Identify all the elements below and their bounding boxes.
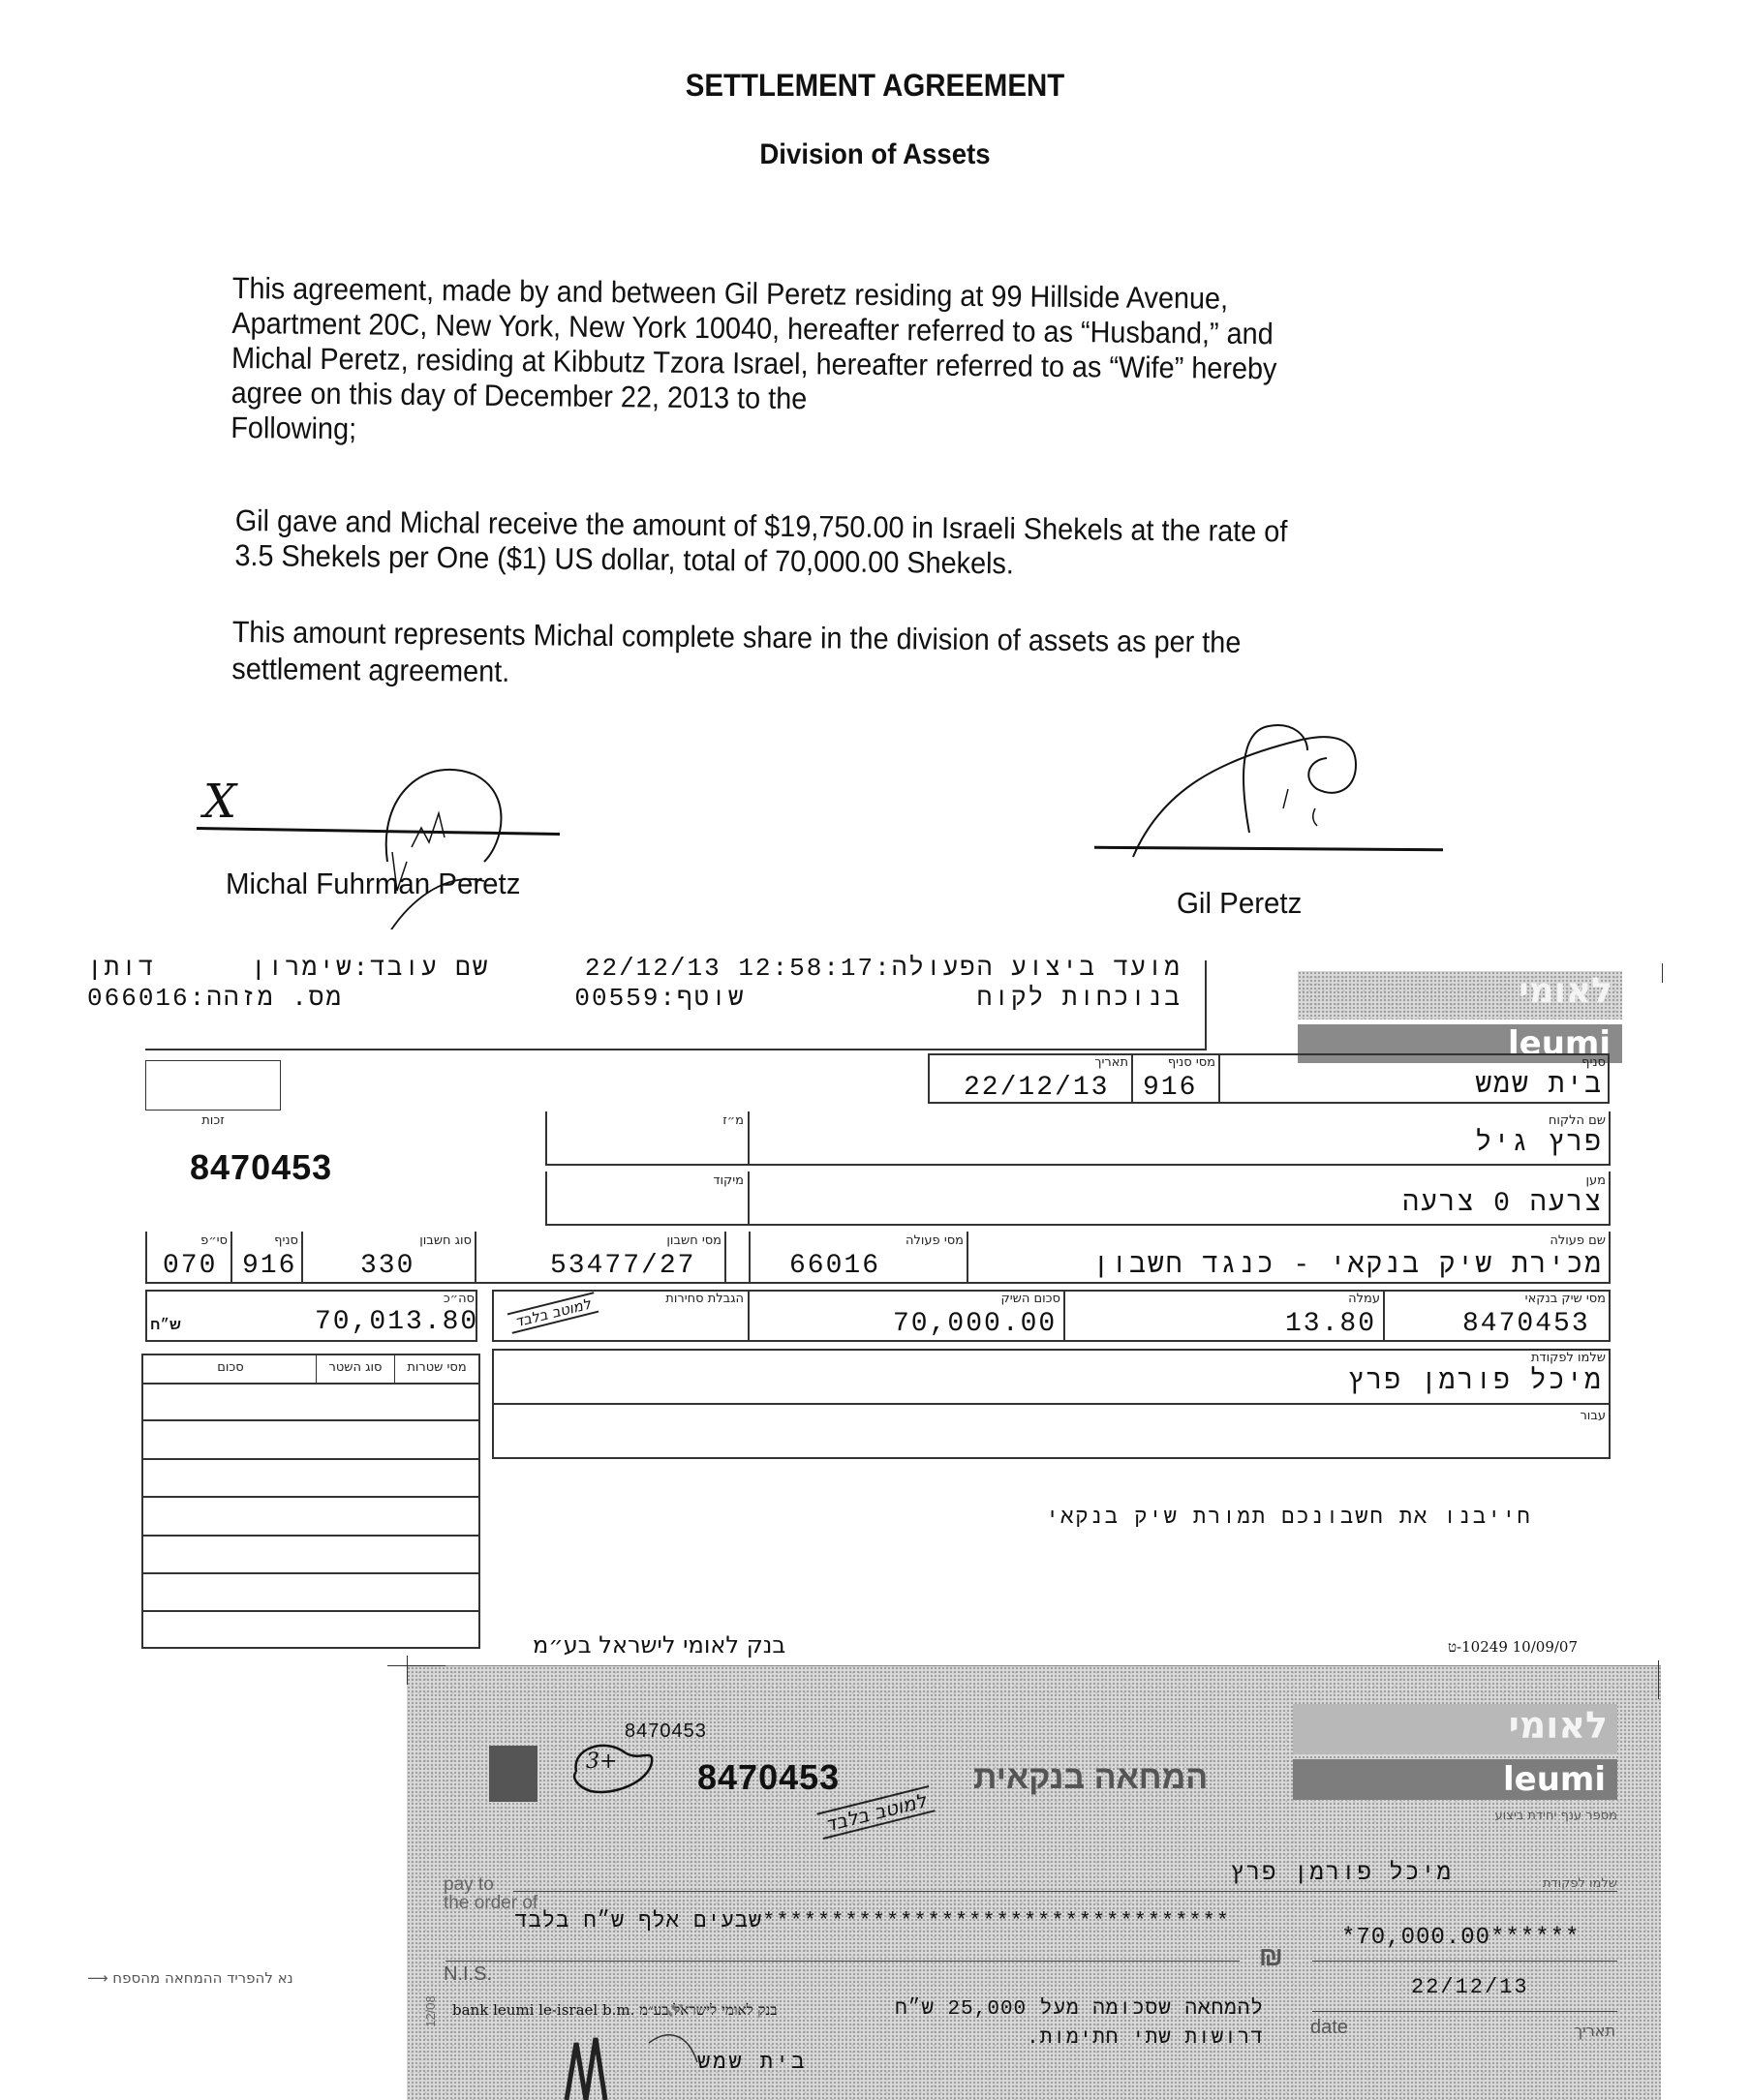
agreement-paragraph-share: This amount represents Michal complete s… bbox=[231, 614, 1421, 700]
check-amount: *70,000.00****** bbox=[1341, 1925, 1580, 1951]
agreement-paragraph-parties: This agreement, made by and between Gil … bbox=[230, 271, 1421, 458]
signature-limit-notice-2: דרושות שתי חתימות. bbox=[838, 2027, 1264, 2050]
customer-address: צרעה 0 צרעה bbox=[1259, 1189, 1603, 1219]
receipt-branch-number: 916 bbox=[1143, 1073, 1197, 1103]
check-signature-stamp-icon bbox=[552, 2004, 726, 2100]
agreement-title: SETTLEMENT AGREEMENT bbox=[70, 68, 1679, 104]
shekel-icon: ₪ bbox=[1259, 1941, 1283, 1972]
receipt-date: 22/12/13 bbox=[964, 1073, 1109, 1103]
account-number-value: 53477/27 bbox=[550, 1251, 695, 1281]
account-branch-value: 916 bbox=[242, 1251, 296, 1281]
bank-name: בנק לאומי לישראל בע״מ bbox=[533, 1631, 785, 1659]
leumi-logo-hebrew: לאומי bbox=[1298, 971, 1622, 1020]
check-payee: מיכל פורמן פרץ bbox=[1114, 1861, 1453, 1887]
action-number-value: 66016 bbox=[789, 1251, 880, 1281]
check-date: 22/12/13 bbox=[1411, 1975, 1529, 1999]
signature-name-michal: Michal Fuhrman Peretz bbox=[226, 867, 520, 901]
pay-to-label: pay to the order of bbox=[444, 1875, 537, 1912]
check-amount-value: 70,000.00 bbox=[893, 1309, 1057, 1339]
action-name-value: מכירת שיק בנקאי - כנגד חשבון bbox=[978, 1251, 1603, 1281]
form-code: 10/09/07 10249-ט bbox=[1448, 1638, 1578, 1657]
handwritten-mark: 3+ bbox=[586, 1750, 617, 1774]
receipt-header-line-2: בנוכחות לקוח שוטף:00559 מס. מזהה:066016 bbox=[87, 984, 1182, 1013]
receipt-check-number-large: 8470453 bbox=[190, 1147, 332, 1188]
check-leumi-logo-hebrew: לאומי bbox=[1293, 1704, 1617, 1754]
fee-value: 13.80 bbox=[1285, 1309, 1376, 1339]
nis-label: N.I.S. bbox=[444, 1963, 492, 1986]
check-number-value: 8470453 bbox=[1462, 1309, 1590, 1339]
detach-notice: נא להפריד ההמחאה מהספח ⟶ bbox=[87, 1969, 293, 1987]
credit-box bbox=[145, 1060, 281, 1111]
receipt-header-line-1: מועד ביצוע הפעולה:12:58:17 22/12/13 שם ע… bbox=[87, 954, 1182, 983]
check-title: המחאה בנקאית bbox=[973, 1759, 1208, 1797]
for-row bbox=[492, 1405, 1611, 1459]
arrow-right-icon: ⟶ bbox=[87, 1969, 108, 1987]
check-amount-words: **********************************שבעים … bbox=[455, 1909, 1230, 1933]
sif-value: 070 bbox=[163, 1251, 217, 1281]
debit-note: חייבנו את חשבונכם תמורת שיק בנקאי bbox=[1046, 1506, 1532, 1530]
payee-value: מיכל פורמן פרץ bbox=[1259, 1367, 1603, 1397]
signature-name-gil: Gil Peretz bbox=[1177, 886, 1302, 921]
check-side-code: 12/08 bbox=[423, 1995, 438, 2027]
receipt-branch-name: בית שמש bbox=[1356, 1071, 1603, 1101]
agreement-subtitle: Division of Assets bbox=[70, 138, 1679, 171]
check-leumi-logo-latin: leumi bbox=[1293, 1759, 1617, 1800]
side-table bbox=[141, 1354, 480, 1649]
total-value: 70,013.80 bbox=[315, 1307, 478, 1337]
signature-gil-icon bbox=[1123, 712, 1472, 867]
account-type-value: 330 bbox=[360, 1251, 414, 1281]
agreement-paragraph-amount: Gil gave and Michal receive the amount o… bbox=[234, 503, 1424, 586]
signature-limit-notice-1: להמחאה שסכומה מעל 25,000 ש״ח bbox=[838, 1998, 1264, 2021]
check-dark-square bbox=[489, 1746, 537, 1802]
customer-name: פרץ גיל bbox=[1259, 1129, 1603, 1159]
check-serial-large: 8470453 bbox=[697, 1757, 840, 1798]
